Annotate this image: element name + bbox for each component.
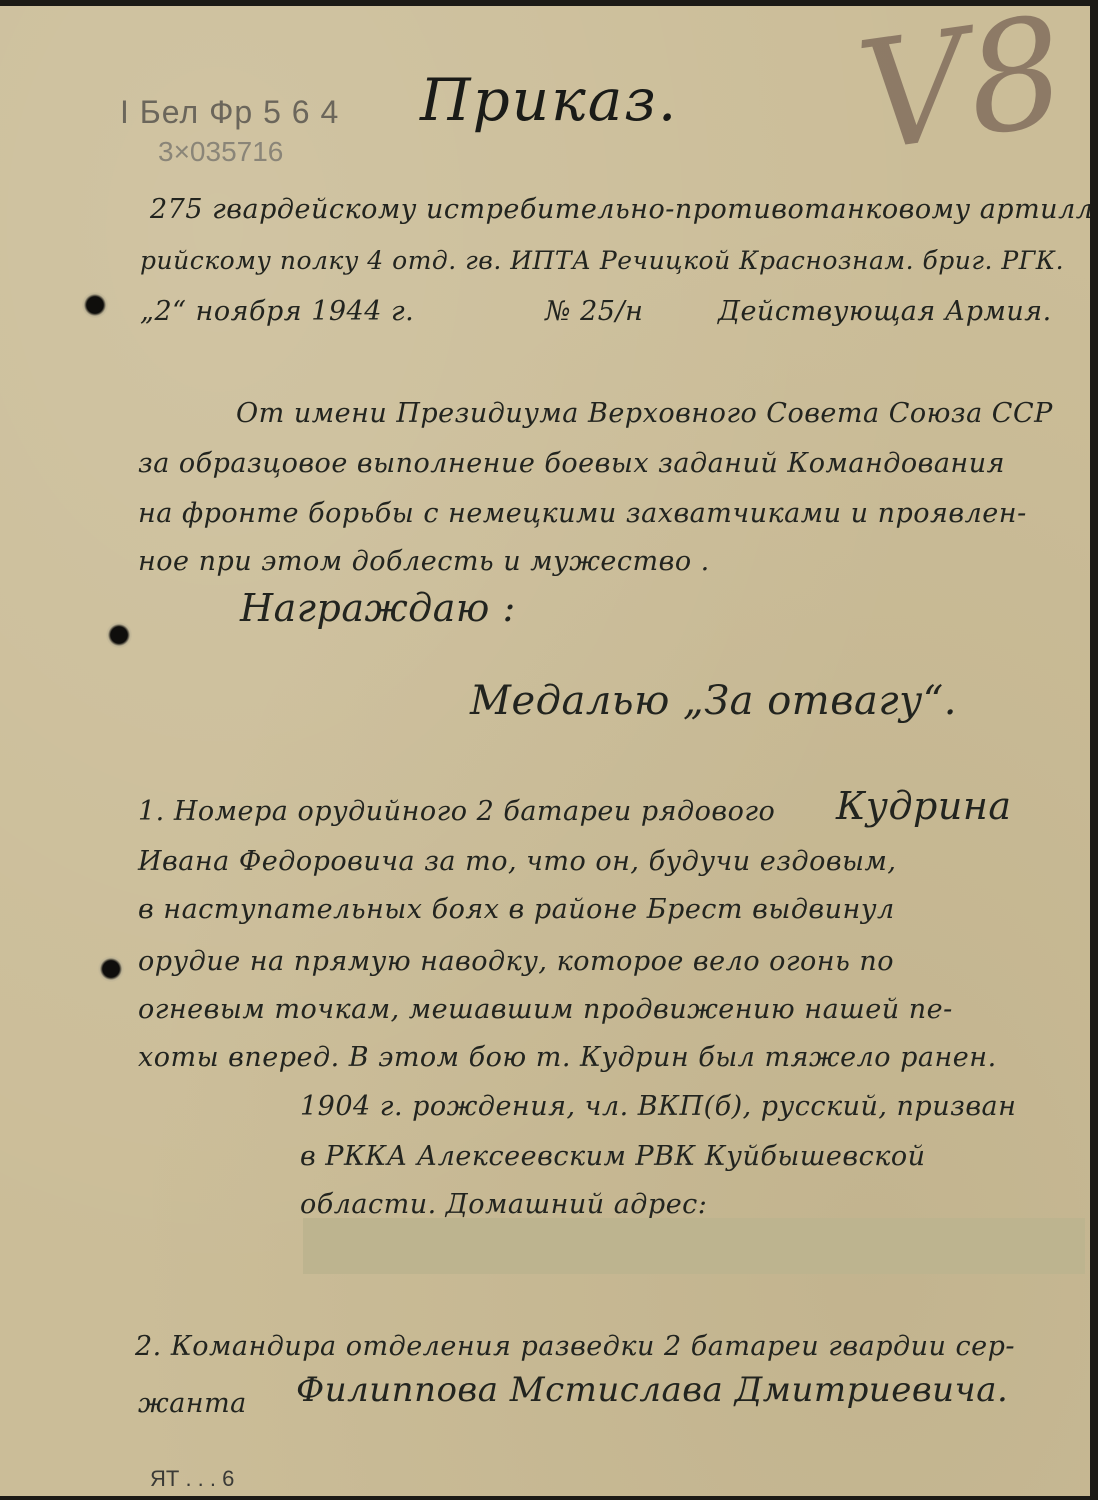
bottom-stamp-fragment: ЯТ . . . 6 <box>150 1466 234 1492</box>
entry-1-line-4: орудие на прямую наводку, которое вело о… <box>138 946 894 977</box>
header-date: „2“ ноября 1944 г. <box>140 296 414 327</box>
header-unit-line-1: 275 гвардейскому истребительно-противота… <box>150 194 1090 225</box>
entry-1-line-1: 1. Номера орудийного 2 батареи рядового <box>138 796 775 827</box>
entry-1-bio-2: в РККА Алексеевским РВК Куйбышевской <box>300 1141 926 1172</box>
pencil-mark: V8 <box>849 6 1075 185</box>
preamble-line-4: ное при этом доблесть и мужество . <box>138 546 710 577</box>
document-title: Приказ. <box>420 66 678 134</box>
document-sheet: I Бел Фр 5 6 4 3×035716 Приказ. V8 275 г… <box>0 6 1090 1496</box>
entry-1-surname: Кудрина <box>836 784 1012 828</box>
award-verb: Награждаю : <box>240 586 516 630</box>
entry-1-bio-3: области. Домашний адрес: <box>300 1189 707 1220</box>
preamble-line-2: за образцовое выполнение боевых заданий … <box>138 448 1005 479</box>
medal-name: Медалью „За отвагу“. <box>470 678 957 724</box>
entry-2-full-name: Филиппова Мстислава Дмитриевича. <box>296 1370 1008 1410</box>
redacted-address <box>303 1218 1085 1274</box>
archive-stamp-front: I Бел Фр 5 6 4 <box>120 94 339 131</box>
header-order-number: № 25/н <box>545 296 643 327</box>
entry-2-line-1: 2. Командира отделения разведки 2 батаре… <box>135 1331 1015 1362</box>
entry-1-line-3: в наступательных боях в районе Брест выд… <box>138 894 895 925</box>
punch-hole-2 <box>106 622 132 648</box>
entry-1-line-6: хоты вперед. В этом бою т. Кудрин был тя… <box>138 1042 997 1073</box>
entry-1-line-5: огневым точкам, мешавшим продвижению наш… <box>138 994 953 1025</box>
entry-2-rank-suffix: жанта <box>138 1388 247 1419</box>
entry-1-line-2: Ивана Федоровича за то, что он, будучи е… <box>138 846 897 877</box>
header-place: Действующая Армия. <box>718 296 1052 327</box>
archive-stamp-number: 3×035716 <box>158 136 283 168</box>
preamble-line-1: От имени Президиума Верховного Совета Со… <box>236 398 1053 429</box>
header-unit-line-2: рийскому полку 4 отд. гв. ИПТА Речицкой … <box>140 246 1064 275</box>
punch-hole-3 <box>98 956 124 982</box>
entry-1-bio-1: 1904 г. рождения, чл. ВКП(б), русский, п… <box>300 1091 1016 1122</box>
preamble-line-3: на фронте борьбы с немецкими захватчикам… <box>138 498 1027 529</box>
punch-hole-1 <box>82 292 108 318</box>
